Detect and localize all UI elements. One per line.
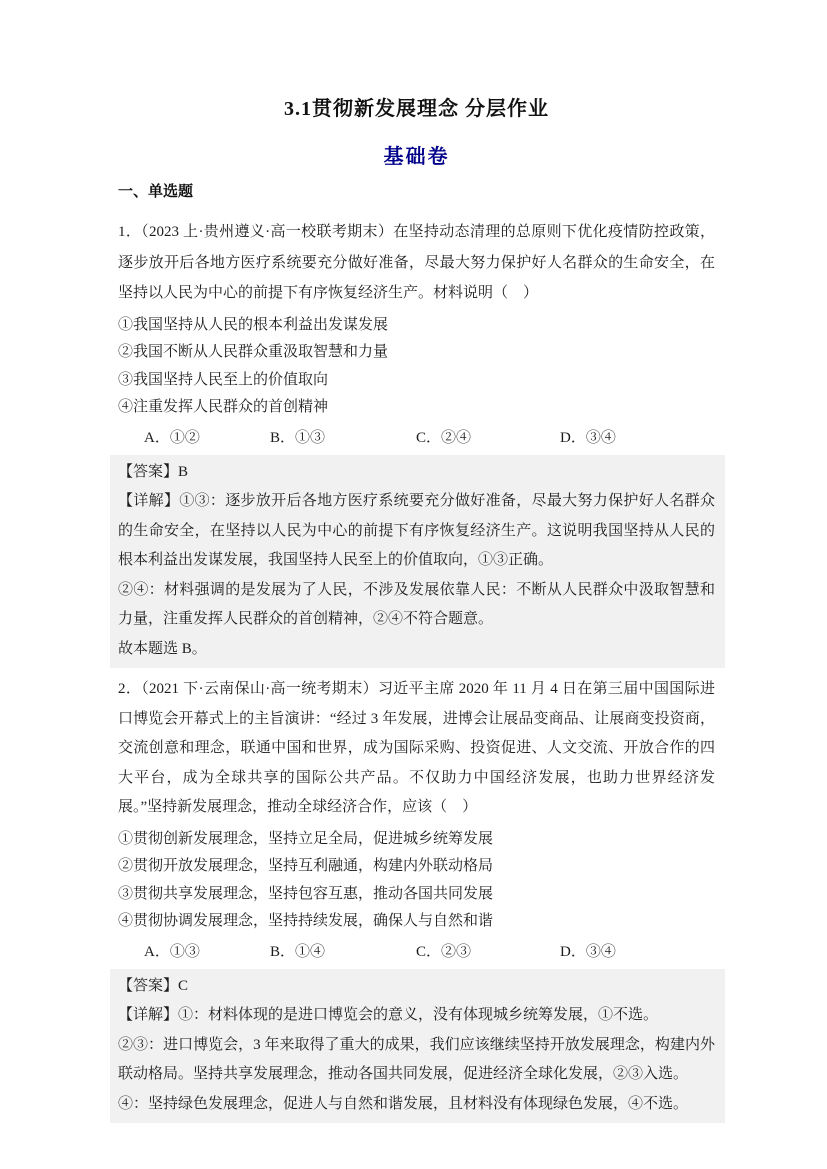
statement: ③我国坚持人民至上的价值取向 [118, 367, 715, 395]
statement: ②贯彻开放发展理念，坚持互利融通，构建内外联动格局 [118, 853, 715, 881]
question-1-choices: A．①② B．①③ C．②④ D．③④ [118, 425, 715, 452]
answer-line: 【答案】C [118, 972, 715, 1002]
explanation-paragraph: ④：坚持绿色发展理念，促进人与自然和谐发展，且材料没有体现绿色发展，④不选。 [118, 1090, 715, 1120]
statement: ②我国不断从人民群众重汲取智慧和力量 [118, 339, 715, 367]
question-2-answer-block: 【答案】C 【详解】①：材料体现的是进口博览会的意义，没有体现城乡统筹发展，①不… [110, 969, 725, 1124]
statement: ③贯彻共享发展理念，坚持包容互惠，推动各国共同发展 [118, 881, 715, 909]
choice-b: B．①③ [270, 425, 416, 452]
explanation-paragraph: 故本题选 B。 [118, 635, 715, 665]
choice-d: D．③④ [560, 425, 715, 452]
statement: ④注重发挥人民群众的首创精神 [118, 394, 715, 422]
answer-label: 【答案】 [118, 978, 178, 994]
document-title: 3.1贯彻新发展理念 分层作业 [118, 96, 715, 122]
question-2-choices: A．①③ B．①④ C．②③ D．③④ [118, 939, 715, 966]
explanation-paragraph: 【详解】①③：逐步放开后各地方医疗系统要充分做好准备，尽最大努力保护好人名群众的… [118, 487, 715, 576]
choice-c: C．②③ [416, 939, 560, 966]
paper-level-heading: 基础卷 [118, 145, 715, 170]
explanation-paragraph: ②④：材料强调的是发展为了人民，不涉及发展依靠人民：不断从人民群众中汲取智慧和力… [118, 576, 715, 635]
explanation-paragraph: ②③：进口博览会，3 年来取得了重大的成果，我们应该继续坚持开放发展理念，构建内… [118, 1031, 715, 1090]
question-2-statements: ①贯彻创新发展理念，坚持立足全局，促进城乡统筹发展 ②贯彻开放发展理念，坚持互利… [118, 826, 715, 936]
choice-a: A．①③ [118, 939, 270, 966]
statement: ①贯彻创新发展理念，坚持立足全局，促进城乡统筹发展 [118, 826, 715, 854]
question-2: 2．（2021 下·云南保山·高一统考期末）习近平主席 2020 年 11 月 … [118, 675, 715, 1123]
question-1-stem: 1．（2023 上·贵州遵义·高一校联考期末）在坚持动态清理的总原则下优化疫情防… [118, 217, 715, 309]
explanation-paragraph: 【详解】①：材料体现的是进口博览会的意义，没有体现城乡统筹发展，①不选。 [118, 1001, 715, 1031]
statement: ①我国坚持从人民的根本利益出发谋发展 [118, 312, 715, 340]
choice-c: C．②④ [416, 425, 560, 452]
choice-a: A．①② [118, 425, 270, 452]
question-1-statements: ①我国坚持从人民的根本利益出发谋发展 ②我国不断从人民群众重汲取智慧和力量 ③我… [118, 312, 715, 422]
question-1-answer-block: 【答案】B 【详解】①③：逐步放开后各地方医疗系统要充分做好准备，尽最大努力保护… [110, 455, 725, 669]
document-page: 3.1贯彻新发展理念 分层作业 基础卷 一、单选题 1．（2023 上·贵州遵义… [0, 0, 827, 1169]
question-2-stem: 2．（2021 下·云南保山·高一统考期末）习近平主席 2020 年 11 月 … [118, 675, 715, 823]
answer-label: 【答案】 [118, 464, 178, 480]
answer-value: B [178, 464, 188, 480]
answer-value: C [178, 978, 188, 994]
answer-line: 【答案】B [118, 458, 715, 488]
choice-b: B．①④ [270, 939, 416, 966]
section-heading: 一、单选题 [118, 183, 715, 202]
question-1: 1．（2023 上·贵州遵义·高一校联考期末）在坚持动态清理的总原则下优化疫情防… [118, 217, 715, 668]
choice-d: D．③④ [560, 939, 715, 966]
statement: ④贯彻协调发展理念，坚持持续发展，确保人与自然和谐 [118, 908, 715, 936]
